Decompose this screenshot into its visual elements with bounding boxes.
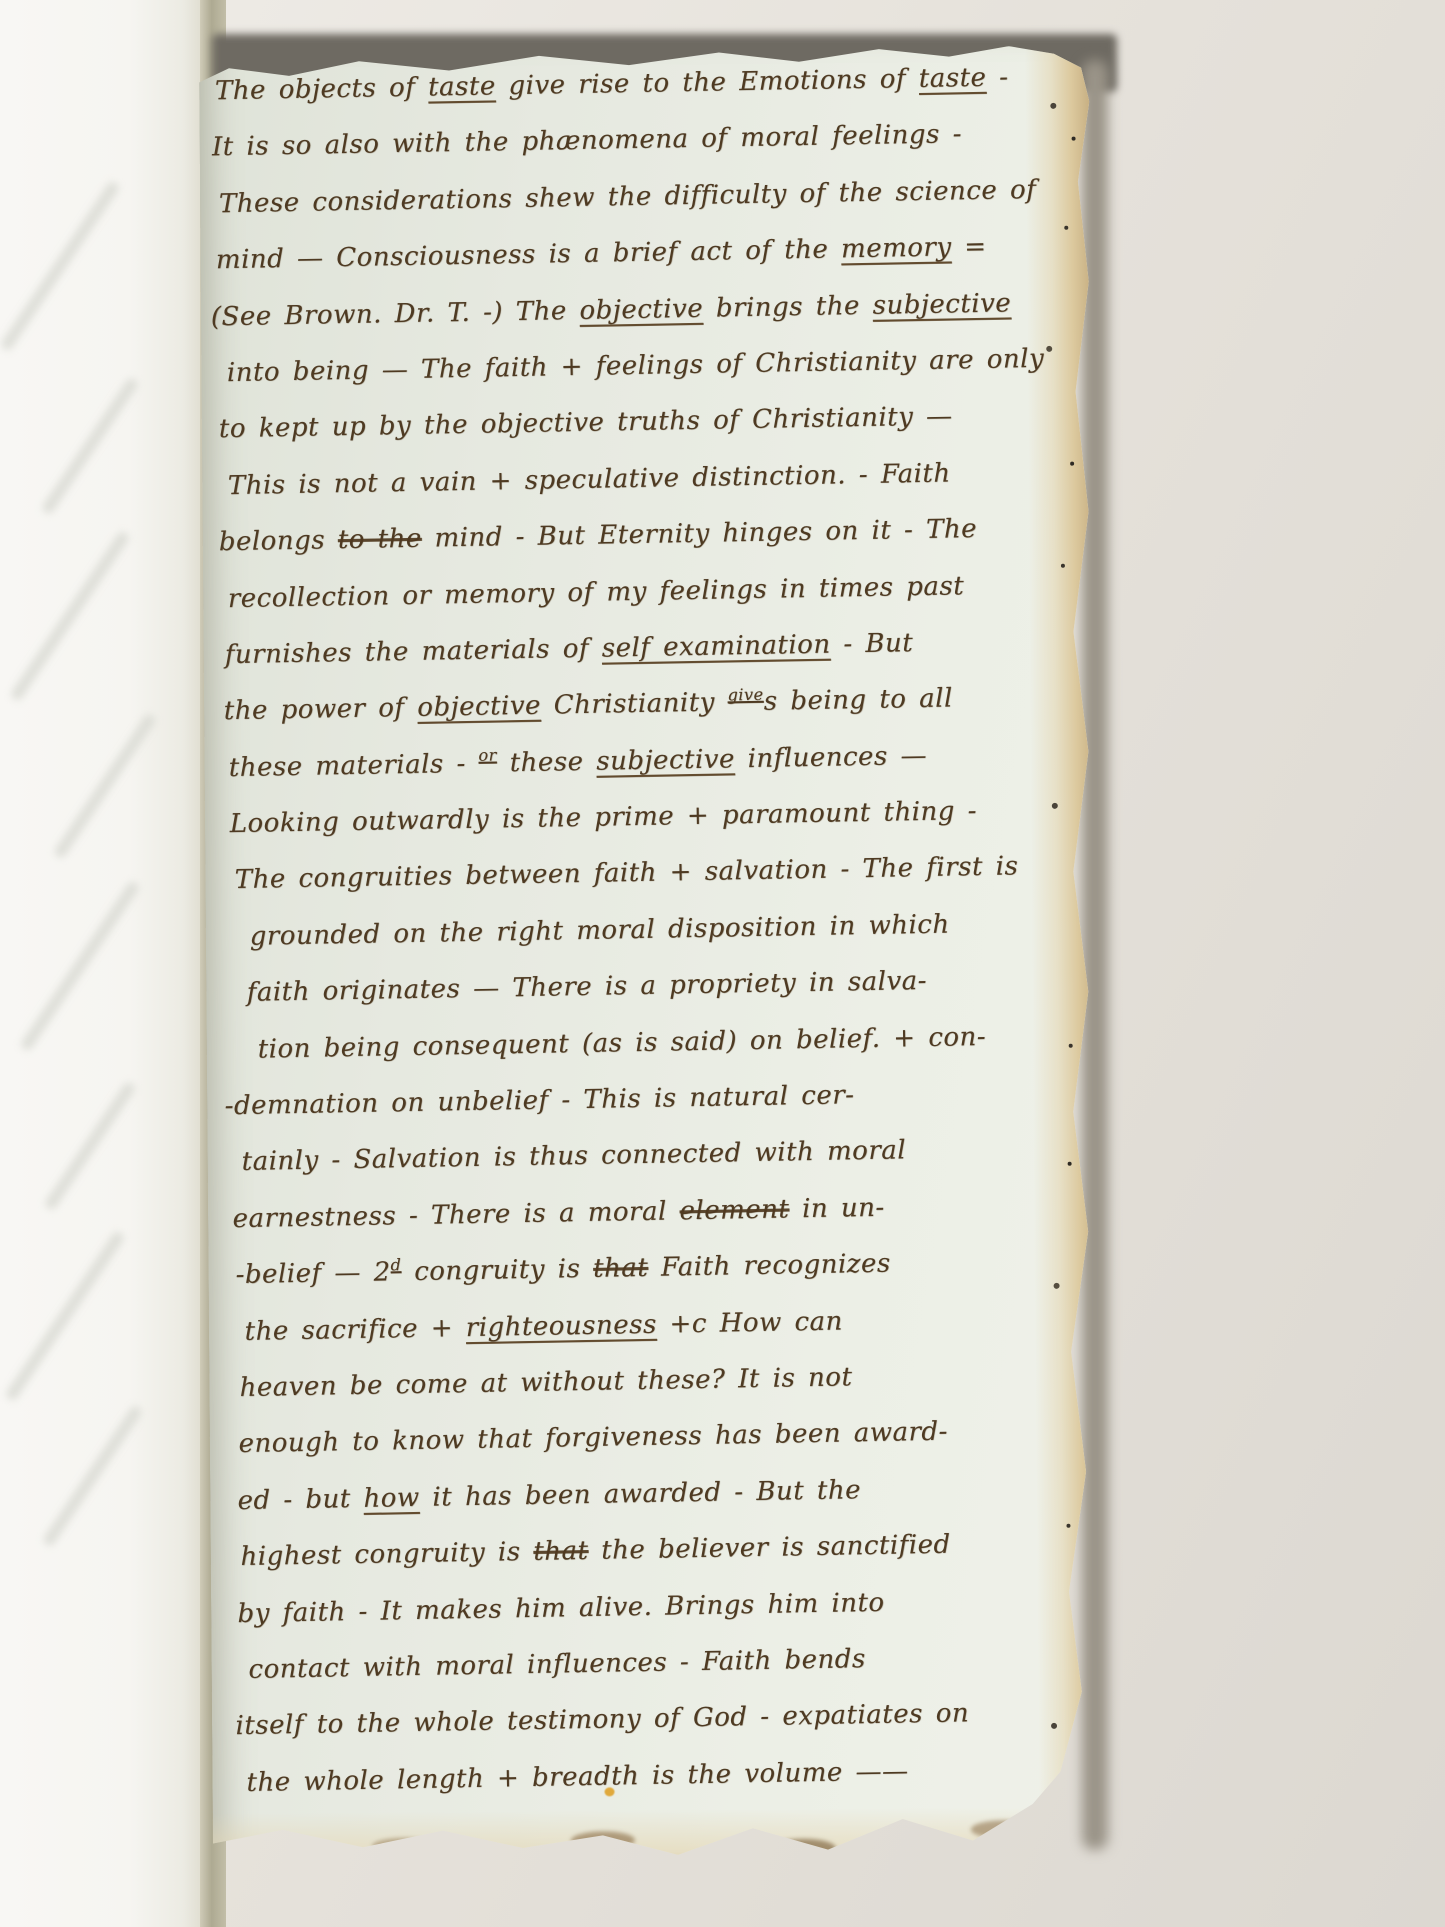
ghost-stroke xyxy=(43,1080,137,1211)
word-segment: Faith recognizes xyxy=(648,1249,891,1283)
inserted-word: or xyxy=(478,746,497,765)
underlined-word: righteousness xyxy=(466,1309,658,1342)
underlined-word: self examination xyxy=(601,630,830,664)
inserted-word: give xyxy=(727,685,763,705)
word-segment: influences — xyxy=(735,741,928,774)
ghost-stroke xyxy=(52,712,157,860)
manuscript-page: The objects of taste give rise to the Em… xyxy=(199,42,1103,1874)
word-segment: (See Brown. Dr. T. -) The xyxy=(211,295,580,331)
underlined-word: objective xyxy=(579,293,703,325)
word-segment: furnishes the materials of xyxy=(225,634,602,671)
ghost-writing xyxy=(0,140,208,1640)
word-segment: in un- xyxy=(789,1193,885,1225)
ghost-stroke xyxy=(9,530,131,703)
word-segment: the believer is sanctified xyxy=(588,1530,951,1566)
underlined-word: memory xyxy=(841,233,952,265)
word-segment: s being to all xyxy=(763,684,953,717)
word-segment: highest congruity is xyxy=(240,1537,533,1572)
word-segment: give rise to the Emotions of xyxy=(495,64,919,101)
word-segment: -belief — 2 xyxy=(235,1258,391,1291)
underlined-word: taste xyxy=(428,71,496,102)
photo-background: { "photo": { "colors": { "background": "… xyxy=(0,0,1445,1927)
word-segment: congruity is xyxy=(401,1254,593,1287)
underlined-word: how xyxy=(363,1483,420,1514)
struck-word: that xyxy=(533,1536,589,1567)
word-segment: +c How can xyxy=(657,1306,844,1339)
word-segment: The objects of xyxy=(215,73,429,107)
struck-word: to the xyxy=(338,524,422,555)
right-shadow-band xyxy=(1082,60,1108,1850)
ghost-stroke xyxy=(0,180,121,353)
word-segment: ed - but xyxy=(237,1484,363,1516)
ghost-stroke xyxy=(19,880,141,1053)
underlined-word: objective xyxy=(417,691,541,723)
struck-word: that xyxy=(593,1253,649,1284)
underlined-word: subjective xyxy=(596,744,735,776)
inserted-word: d xyxy=(390,1255,401,1274)
struck-word: element xyxy=(679,1194,789,1226)
facing-page xyxy=(0,0,208,1927)
underlined-word: taste xyxy=(919,63,987,94)
word-segment: Christianity xyxy=(541,688,728,721)
word-segment: - But xyxy=(830,628,913,659)
underlined-word: subjective xyxy=(872,288,1011,320)
ghost-stroke xyxy=(41,1404,143,1548)
ghost-stroke xyxy=(4,1230,126,1403)
word-segment: = xyxy=(951,232,987,263)
ghost-stroke xyxy=(40,376,139,515)
word-segment: earnestness - There is a moral xyxy=(232,1196,679,1234)
word-segment: these materials - xyxy=(229,748,479,782)
word-segment: belongs xyxy=(219,525,339,557)
word-segment: - xyxy=(986,62,1009,92)
word-segment: it has been awarded - But the xyxy=(419,1475,861,1513)
word-segment: brings the xyxy=(703,290,873,323)
manuscript-text: The objects of taste give rise to the Em… xyxy=(207,62,1049,1824)
word-segment: the sacrifice + xyxy=(244,1313,466,1347)
word-segment: the power of xyxy=(224,693,418,726)
word-segment: these xyxy=(497,746,597,778)
